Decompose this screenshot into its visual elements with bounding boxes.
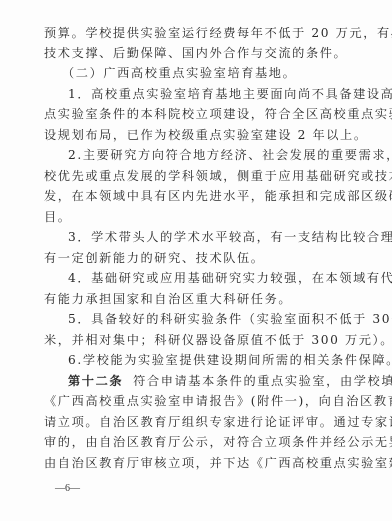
text-line: 设规划布局，已作为校级重点实验室建设 2 年以上。 [44,128,356,142]
text-line: 目。 [44,210,356,224]
article-number: 第十二条 [68,374,123,388]
text-line: 校优先或重点发展的学科领域，侧重于应用基础研究或技术研 [44,169,356,183]
text-line: 技术支撑、后勤保障、国内外合作与交流的条件。 [44,46,356,60]
text-line: 5．具备较好的科研实验条件（实验室面积不低于 300 平方 [68,312,356,326]
text-line: 发，在本领域中具有区内先进水平，能承担和完成部区级研发项 [44,189,356,203]
text-line: 有能力承担国家和自治区重大科研任务。 [44,292,356,306]
text-line: 请立项。自治区教育厅组织专家进行论证评审。通过专家论证评 [44,415,356,429]
text-line: 有一定创新能力的研究、技术队伍。 [44,251,356,265]
text-line: 由自治区教育厅审核立项，并下达《广西高校重点实验室建设计 [44,456,356,470]
document-page: 预算。学校提供实验室运行经费每年不低于 20 万元，有必要的 技术支撑、后勤保障… [0,0,392,521]
text-line: 2.主要研究方向符合地方经济、社会发展的重要需求，属学 [68,148,356,162]
text-line: 《广西高校重点实验室申请报告》(附件一)，向自治区教育厅申 [44,394,356,408]
text-line: 点实验室条件的本科院校立项建设，符合全区高校重点实验室建 [44,107,356,121]
text-line: 1．高校重点实验室培育基地主要面向尚不具备建设高校重 [68,87,356,101]
text-line: 米，并相对集中；科研仪器设备原值不低于 300 万元）。 [44,333,356,347]
text-line: 预算。学校提供实验室运行经费每年不低于 20 万元，有必要的 [44,26,356,40]
text-line: 6.学校能为实验室提供建设期间所需的相关条件保障。 [68,353,356,367]
page-number: —6— [55,483,80,494]
article-line: 第十二条符合申请基本条件的重点实验室，由学校填写 [68,374,356,388]
article-text: 符合申请基本条件的重点实验室，由学校填写 [133,374,392,388]
text-line: 3．学术带头人的学术水平较高，有一支结构比较合理，具 [68,230,356,244]
text-line: 审的，由自治区教育厅公示，对符合立项条件并经公示无异议的， [44,435,356,449]
text-line: 4．基础研究或应用基础研究实力较强，在本领域有代表性， [68,271,356,285]
section-heading: （二）广西高校重点实验室培育基地。 [62,66,350,80]
